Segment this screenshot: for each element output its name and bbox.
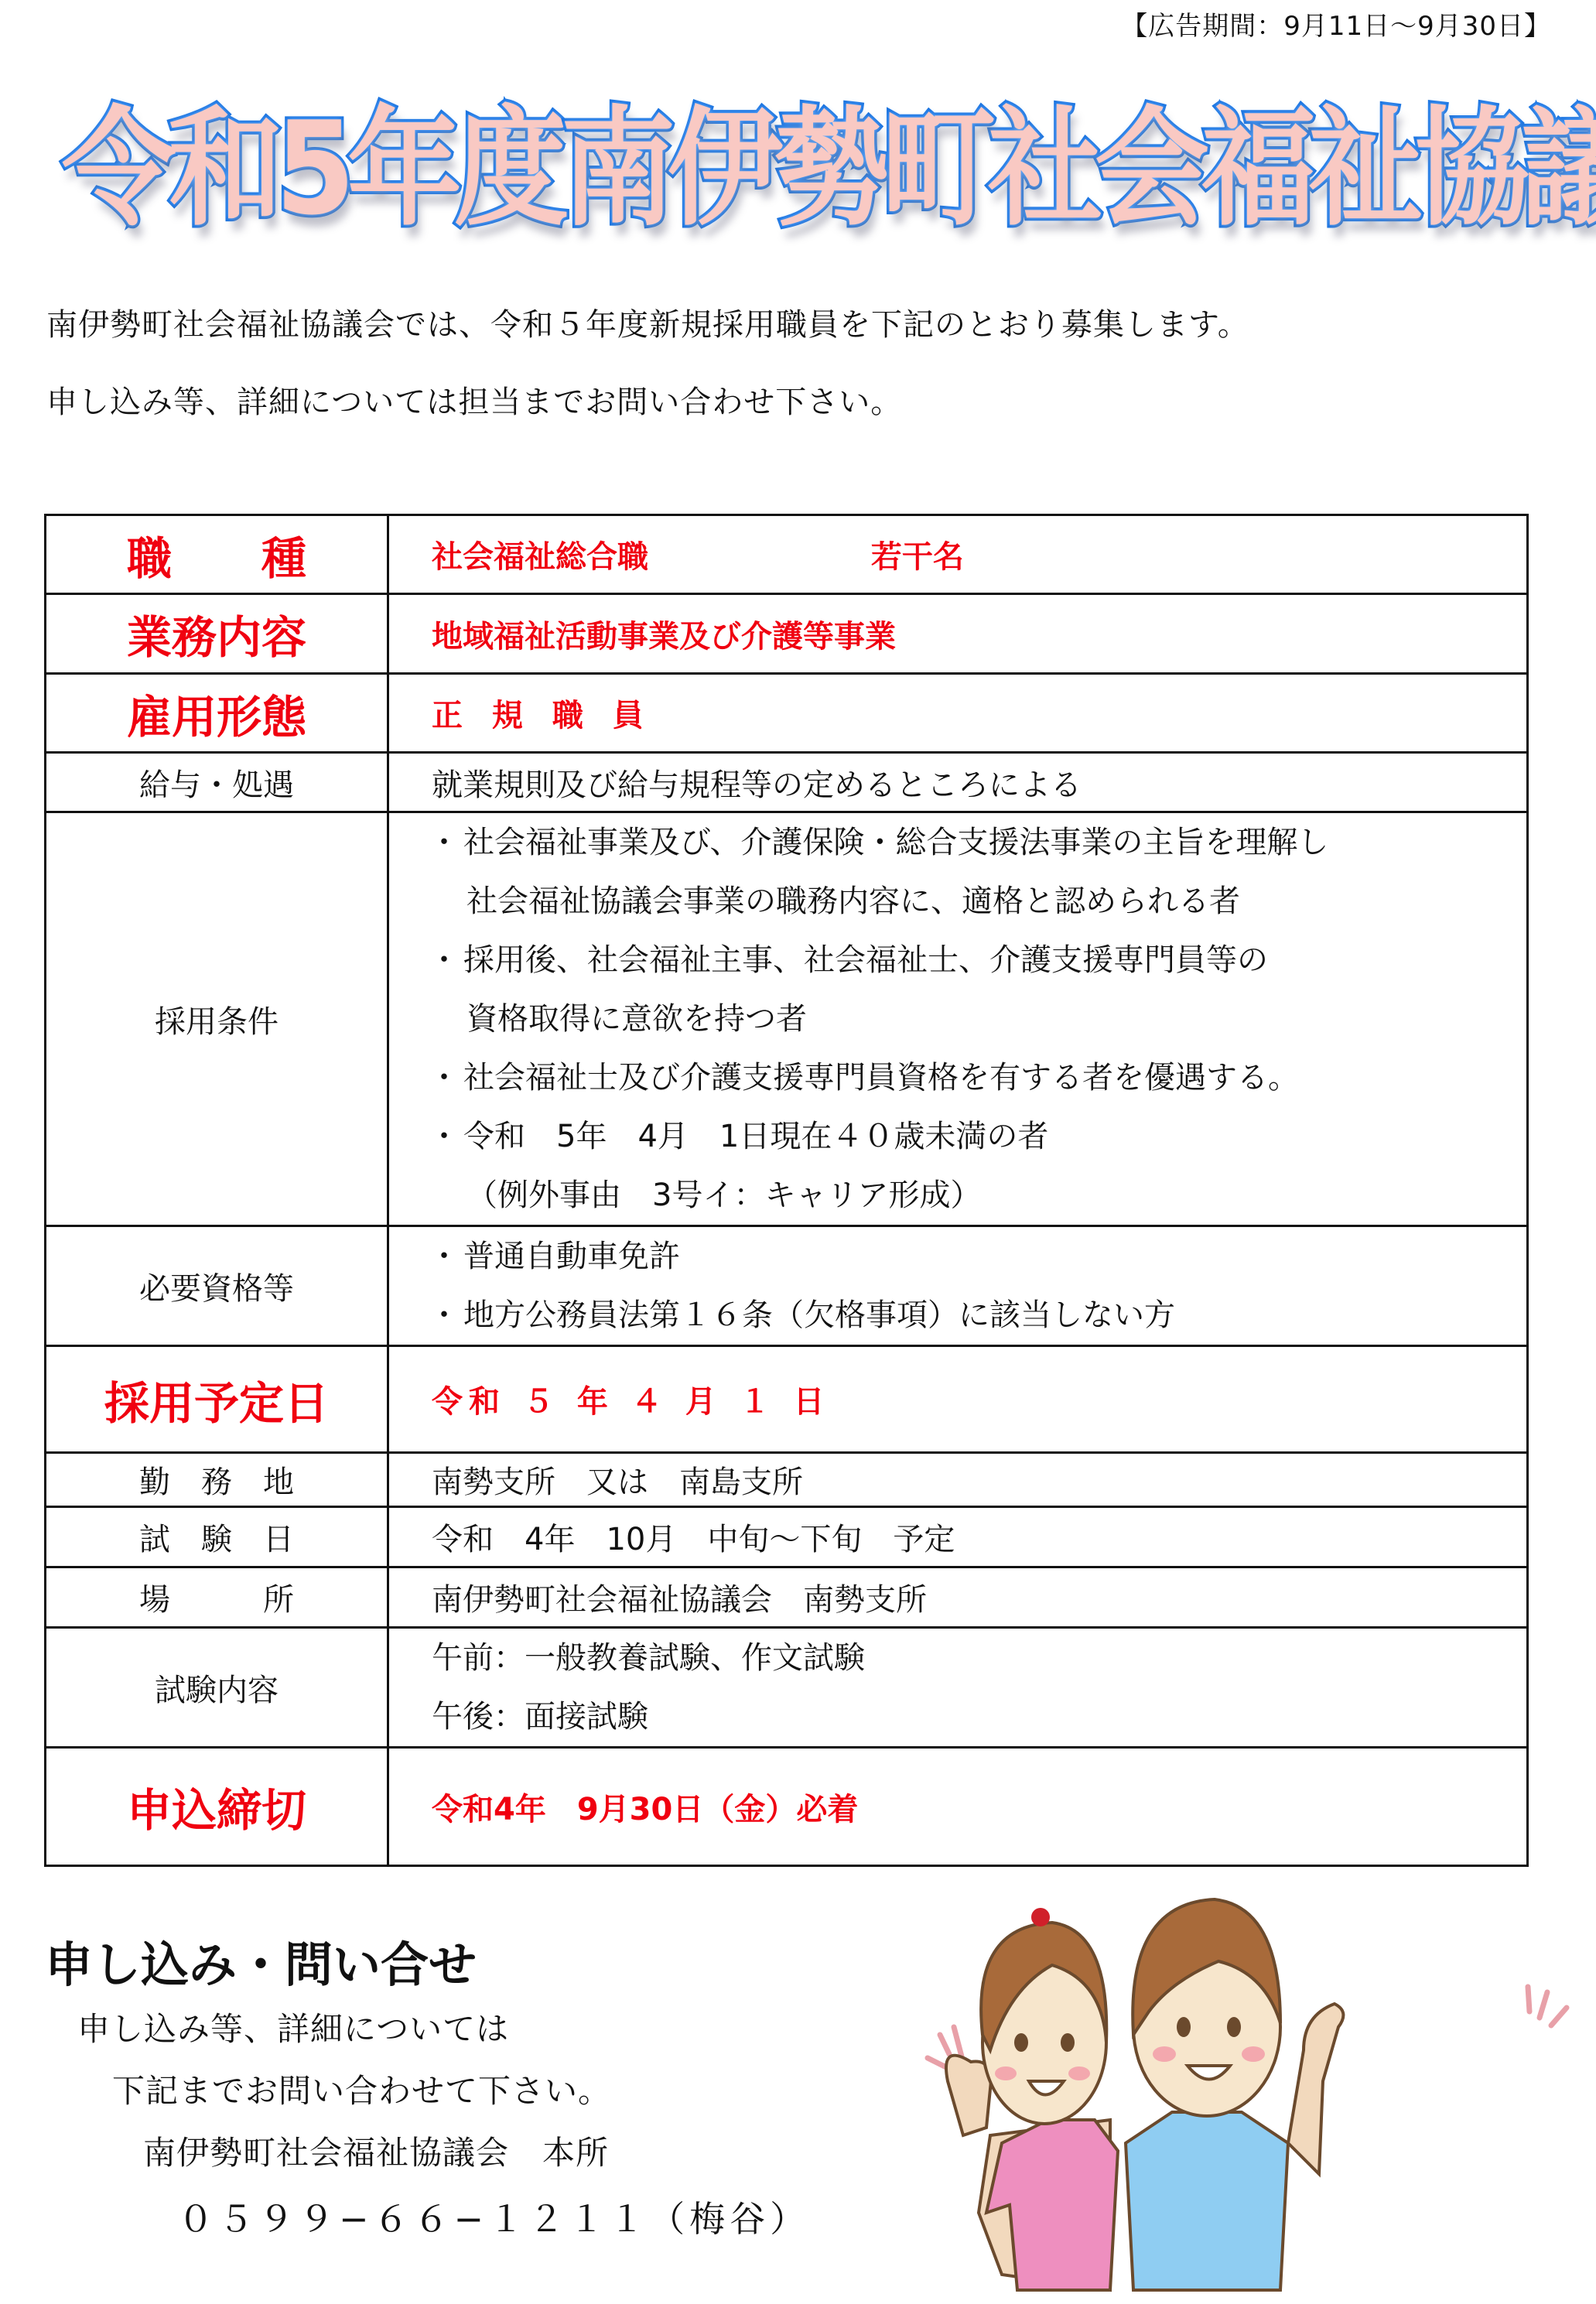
value-exam-date: 令和 4年 10月 中旬～下旬 予定 xyxy=(388,1507,1528,1567)
label-exam-date: 試 験 日 xyxy=(46,1507,388,1567)
req-item: 資格取得に意欲を持つ者 xyxy=(432,990,1526,1048)
banner-year: 令和5年度 xyxy=(62,104,561,233)
exam-item: 午前：一般教養試験、作文試験 xyxy=(432,1629,1526,1687)
value-duties: 地域福祉活動事業及び介護等事業 xyxy=(388,594,1528,674)
row-deadline: 申込締切 令和4年 9月30日（金）必着 xyxy=(46,1748,1528,1866)
row-duties: 業務内容 地域福祉活動事業及び介護等事業 xyxy=(46,594,1528,674)
label-start-date: 採用予定日 xyxy=(46,1346,388,1453)
req-item: 社会福祉協議会事業の職務内容に、適格と認められる者 xyxy=(432,872,1526,931)
job-details-table: 職 種 社会福祉総合職 若干名 業務内容 地域福祉活動事業及び介護等事業 雇用形… xyxy=(44,514,1529,1867)
value-job-type: 社会福祉総合職 若干名 xyxy=(388,515,1528,594)
job-type-count: 若干名 xyxy=(871,539,964,575)
contact-org: 南伊勢町社会福祉協議会 本所 xyxy=(143,2128,609,2174)
row-qualifications: 必要資格等 ・普通自動車免許 ・地方公務員法第１６条（欠格事項）に該当しない方 xyxy=(46,1226,1528,1346)
value-salary: 就業規則及び給与規程等の定めるところによる xyxy=(388,753,1528,812)
req-item: ・採用後、社会福祉主事、社会福祉士、介護支援専門員等の xyxy=(432,931,1526,990)
value-start-date: 令和 ５ 年 ４ 月 １ 日 xyxy=(388,1346,1528,1453)
title-banner: 令和5年度 南伊勢町社会福祉協議会職員 募集!! xyxy=(62,85,1547,251)
row-workplace: 勤 務 地 南勢支所 又は 南島支所 xyxy=(46,1453,1528,1507)
label-qualifications: 必要資格等 xyxy=(46,1226,388,1346)
req-item: ・社会福祉士及び介護支援専門員資格を有する者を優遇する。 xyxy=(432,1048,1526,1107)
intro-line-2: 申し込み等、詳細については担当までお問い合わせ下さい。 xyxy=(46,378,902,422)
label-job-type: 職 種 xyxy=(46,515,388,594)
label-duties: 業務内容 xyxy=(46,594,388,674)
banner-org: 南伊勢町社会福祉協議会職員 xyxy=(561,104,1596,233)
label-requirements: 採用条件 xyxy=(46,812,388,1226)
value-exam-place: 南伊勢町社会福祉協議会 南勢支所 xyxy=(388,1567,1528,1628)
intro-line-1: 南伊勢町社会福祉協議会では、令和５年度新規採用職員を下記のとおり募集します。 xyxy=(46,300,1249,344)
boy-figure xyxy=(1126,1899,1343,2290)
contact-line-1: 申し込み等、詳細については xyxy=(77,2004,509,2050)
value-qualifications: ・普通自動車免許 ・地方公務員法第１６条（欠格事項）に該当しない方 xyxy=(388,1226,1528,1346)
ad-period: 【広告期間：9月11日～9月30日】 xyxy=(1121,5,1551,43)
value-requirements: ・社会福祉事業及び、介護保険・総合支援法事業の主旨を理解し 社会福祉協議会事業の… xyxy=(388,812,1528,1226)
label-exam-content: 試験内容 xyxy=(46,1628,388,1748)
value-exam-content: 午前：一般教養試験、作文試験 午後：面接試験 xyxy=(388,1628,1528,1748)
label-salary: 給与・処遇 xyxy=(46,753,388,812)
req-item: ・令和 5年 4月 1日現在４０歳未満の者 xyxy=(432,1107,1526,1166)
row-start-date: 採用予定日 令和 ５ 年 ４ 月 １ 日 xyxy=(46,1346,1528,1453)
qual-item: ・普通自動車免許 xyxy=(432,1227,1526,1286)
contact-phone[interactable]: ０５９９−６６−１２１１（梅谷） xyxy=(178,2191,810,2242)
row-exam-date: 試 験 日 令和 4年 10月 中旬～下旬 予定 xyxy=(46,1507,1528,1567)
row-exam-content: 試験内容 午前：一般教養試験、作文試験 午後：面接試験 xyxy=(46,1628,1528,1748)
staff-illustration xyxy=(917,1888,1596,2298)
label-employment-type: 雇用形態 xyxy=(46,674,388,753)
row-job-type: 職 種 社会福祉総合職 若干名 xyxy=(46,515,1528,594)
label-exam-place: 場 所 xyxy=(46,1567,388,1628)
label-deadline: 申込締切 xyxy=(46,1748,388,1866)
exam-item: 午後：面接試験 xyxy=(432,1687,1526,1746)
row-salary: 給与・処遇 就業規則及び給与規程等の定めるところによる xyxy=(46,753,1528,812)
row-requirements: 採用条件 ・社会福祉事業及び、介護保険・総合支援法事業の主旨を理解し 社会福祉協… xyxy=(46,812,1528,1226)
row-employment-type: 雇用形態 正 規 職 員 xyxy=(46,674,1528,753)
girl-figure xyxy=(946,1908,1118,2290)
label-workplace: 勤 務 地 xyxy=(46,1453,388,1507)
qual-item: ・地方公務員法第１６条（欠格事項）に該当しない方 xyxy=(432,1286,1526,1345)
sparkle-icon xyxy=(1528,1987,1567,2025)
job-type-name: 社会福祉総合職 xyxy=(432,539,648,575)
row-exam-place: 場 所 南伊勢町社会福祉協議会 南勢支所 xyxy=(46,1567,1528,1628)
value-deadline: 令和4年 9月30日（金）必着 xyxy=(388,1748,1528,1866)
value-employment-type: 正 規 職 員 xyxy=(388,674,1528,753)
contact-line-2: 下記までお問い合わせて下さい。 xyxy=(112,2066,611,2112)
req-item: ・社会福祉事業及び、介護保険・総合支援法事業の主旨を理解し xyxy=(432,813,1526,872)
req-item: （例外事由 3号イ：キャリア形成） xyxy=(432,1166,1526,1225)
value-workplace: 南勢支所 又は 南島支所 xyxy=(388,1453,1528,1507)
contact-heading: 申し込み・問い合せ xyxy=(45,1926,477,1995)
